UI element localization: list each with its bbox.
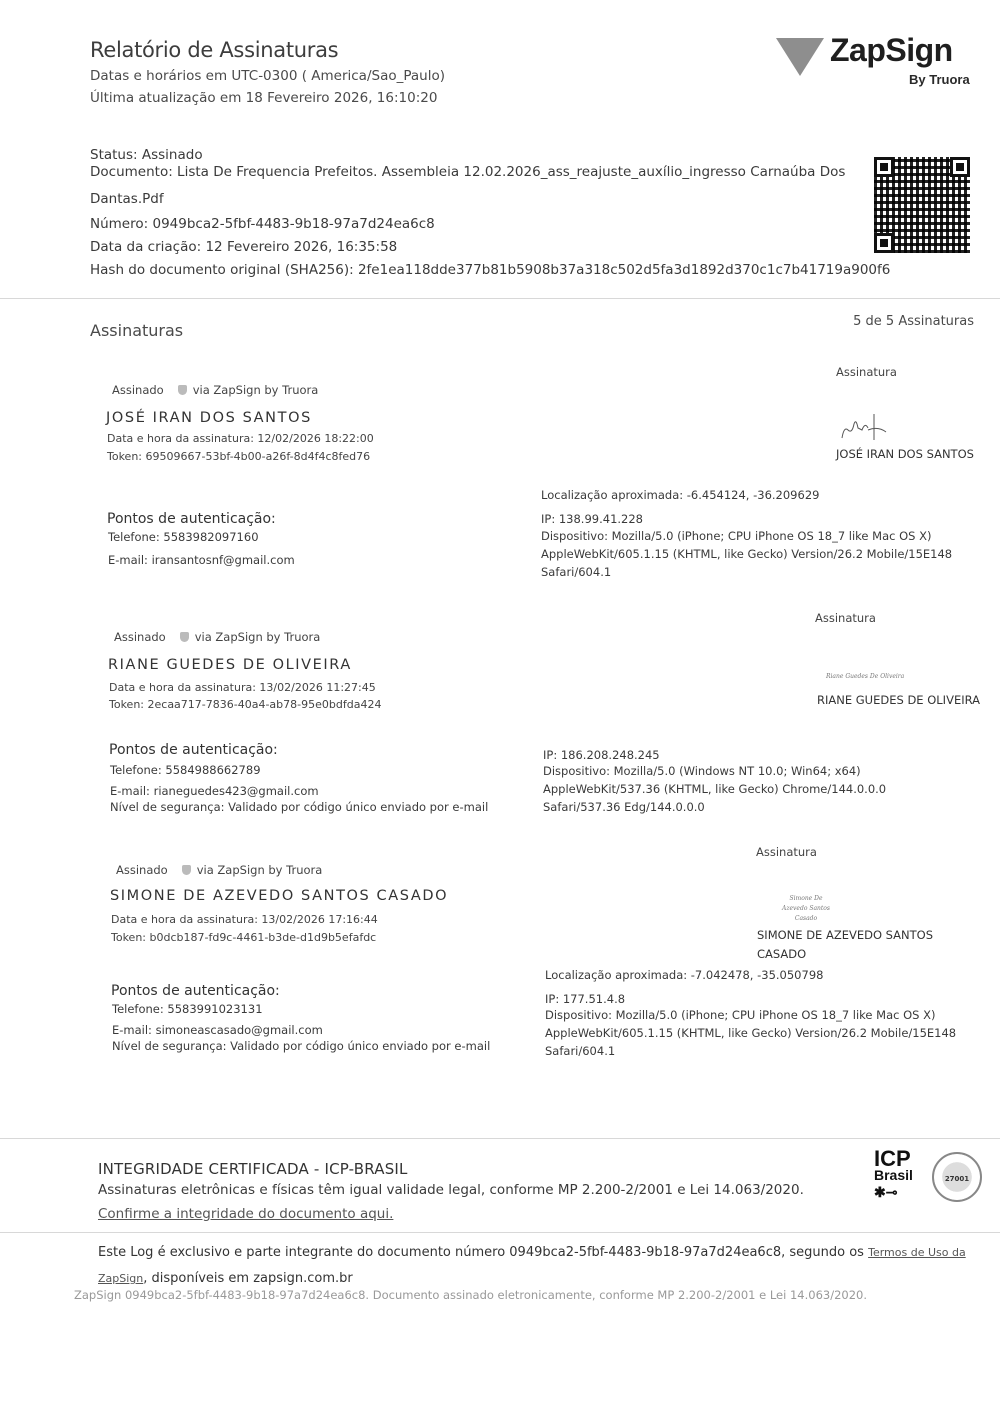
auth-points-title: Pontos de autenticação:: [107, 511, 276, 527]
signatures-count: 5 de 5 Assinaturas: [853, 314, 974, 329]
signature-name: RIANE GUEDES DE OLIVEIRA: [817, 693, 980, 707]
document-number: 0949bca2-5fbf-4483-9b18-97a7d24ea6c8: [152, 216, 434, 232]
status-row: Status: Assinado: [90, 147, 203, 163]
signature-label: Assinatura: [815, 611, 876, 625]
signature-token: Token: b0dcb187-fd9c-4461-b3de-d1d9b5efa…: [111, 931, 376, 944]
signature-device: Dispositivo: Mozilla/5.0 (iPhone; CPU iP…: [545, 1006, 965, 1060]
auth-points-title: Pontos de autenticação:: [109, 742, 278, 758]
electronic-signature-stamp: ZapSign 0949bca2-5fbf-4483-9b18-97a7d24e…: [74, 1288, 867, 1302]
icp-brasil-logo: ICP Brasil ✱⊸ 27001: [868, 1150, 988, 1214]
signed-badge: Assinadovia ZapSign by Truora: [114, 630, 320, 644]
divider: [0, 1138, 1000, 1139]
auth-phone: Telefone: 5583982097160: [108, 528, 259, 547]
signed-badge: Assinadovia ZapSign by Truora: [112, 383, 318, 397]
last-update: Última atualização em 18 Fevereiro 2026,…: [90, 90, 437, 106]
signature-location: Localização aproximada: -6.454124, -36.2…: [541, 486, 819, 505]
signer-name: RIANE GUEDES DE OLIVEIRA: [108, 657, 352, 673]
document-name: Lista De Frequencia Prefeitos. Assemblei…: [177, 164, 845, 180]
signature-image: [838, 404, 908, 444]
auth-phone: Telefone: 5584988662789: [110, 761, 261, 780]
signer-name: SIMONE DE AZEVEDO SANTOS CASADO: [110, 888, 448, 904]
created-date: 12 Fevereiro 2026, 16:35:58: [205, 239, 397, 255]
report-title: Relatório de Assinaturas: [90, 38, 338, 62]
signature-location: Localização aproximada: -7.042478, -35.0…: [545, 966, 823, 985]
document-row: Documento: Lista De Frequencia Prefeitos…: [90, 164, 845, 180]
created-row: Data da criação: 12 Fevereiro 2026, 16:3…: [90, 239, 397, 255]
hash-row: Hash do documento original (SHA256): 2fe…: [90, 262, 890, 278]
key-icon: ✱⊸: [874, 1184, 913, 1201]
auth-phone: Telefone: 5583991023131: [112, 1000, 263, 1019]
signed-badge: Assinadovia ZapSign by Truora: [116, 863, 322, 877]
auth-points-title: Pontos de autenticação:: [111, 983, 280, 999]
zapsign-logo: ZapSign By Truora: [776, 32, 976, 92]
signature-label: Assinatura: [836, 365, 897, 379]
signer-name: JOSÉ IRAN DOS SANTOS: [106, 410, 312, 426]
signature-datetime: Data e hora da assinatura: 13/02/2026 17…: [111, 913, 378, 926]
timezone-note: Datas e horários em UTC-0300 ( America/S…: [90, 68, 445, 84]
signature-token: Token: 2ecaa717-7836-40a4-ab78-95e0bdfda…: [109, 698, 381, 711]
logo-text: ZapSign: [830, 32, 953, 69]
signature-image: Riane Guedes De Oliveira: [826, 673, 904, 680]
qr-code-icon[interactable]: [872, 155, 972, 255]
status-value: Assinado: [142, 147, 203, 163]
logo-subtitle: By Truora: [909, 72, 970, 87]
signature-device: Dispositivo: Mozilla/5.0 (iPhone; CPU iP…: [541, 527, 961, 581]
hash-value: 2fe1ea118dde377b81b5908b37a318c502d5fa3d…: [358, 262, 890, 278]
auth-email: E-mail: iransantosnf@gmail.com: [108, 551, 295, 570]
verify-integrity-link[interactable]: Confirme a integridade do documento aqui…: [98, 1206, 393, 1222]
shield-check-icon: [182, 865, 191, 875]
auth-security-level: Nível de segurança: Validado por código …: [112, 1037, 490, 1056]
integrity-title: INTEGRIDADE CERTIFICADA - ICP-BRASIL: [98, 1160, 408, 1178]
divider: [0, 1232, 1000, 1233]
signature-name: JOSÉ IRAN DOS SANTOS: [836, 447, 974, 461]
signature-name: SIMONE DE AZEVEDO SANTOS CASADO: [757, 926, 957, 964]
divider: [0, 298, 1000, 299]
shield-check-icon: [178, 385, 187, 395]
signatures-title: Assinaturas: [90, 321, 183, 340]
signature-label: Assinatura: [756, 845, 817, 859]
signature-datetime: Data e hora da assinatura: 12/02/2026 18…: [107, 432, 374, 445]
document-name-cont: Dantas.Pdf: [90, 191, 164, 207]
signature-device: Dispositivo: Mozilla/5.0 (Windows NT 10.…: [543, 762, 963, 816]
zapsign-logo-icon: [776, 38, 824, 76]
signature-image: Simone De Azevedo Santos Casado: [776, 894, 836, 924]
icp-logo-text: ICP Brasil ✱⊸: [874, 1150, 913, 1201]
number-row: Número: 0949bca2-5fbf-4483-9b18-97a7d24e…: [90, 216, 435, 232]
integrity-text: Assinaturas eletrônicas e físicas têm ig…: [98, 1182, 804, 1198]
signature-datetime: Data e hora da assinatura: 13/02/2026 11…: [109, 681, 376, 694]
auth-security-level: Nível de segurança: Validado por código …: [110, 798, 488, 817]
iso-badge-icon: 27001: [932, 1152, 982, 1202]
footer-note: Este Log é exclusivo e parte integrante …: [98, 1240, 978, 1292]
signature-token: Token: 69509667-53bf-4b00-a26f-8d4f4c8fe…: [107, 450, 370, 463]
shield-check-icon: [180, 632, 189, 642]
